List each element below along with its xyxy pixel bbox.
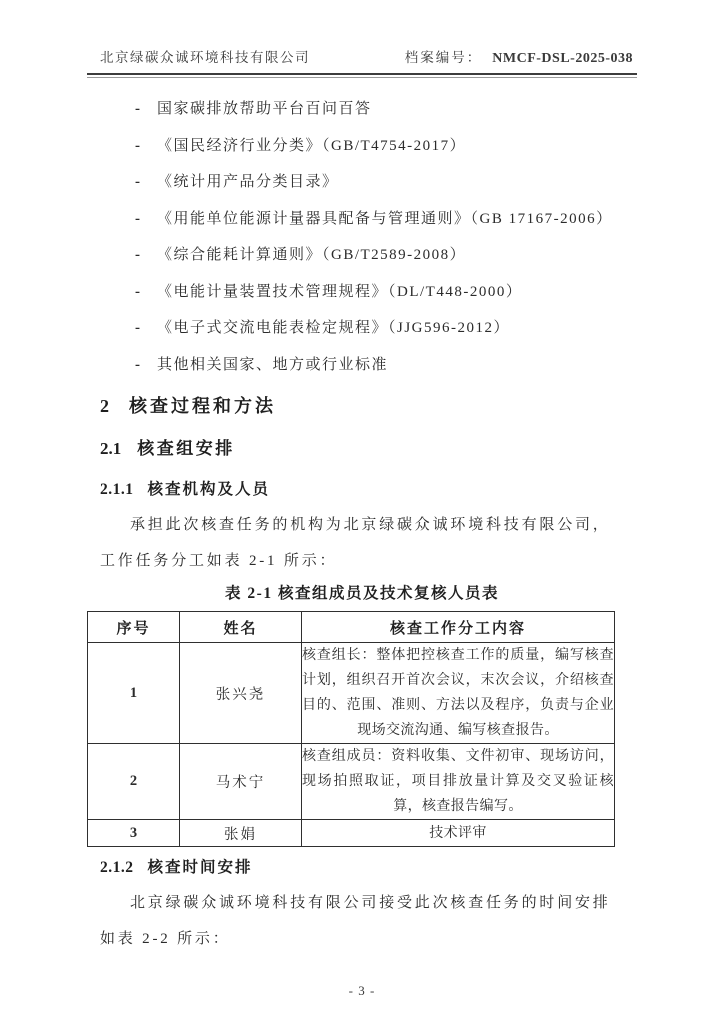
section-heading-2-1: 2.1核查组安排 [100, 437, 637, 461]
list-bullet: - [135, 91, 157, 128]
schedule-paragraph: 北京绿碳众诚环境科技有限公司接受此次核查任务的时间安排 如表 2-2 所示： [100, 885, 637, 957]
verification-team-table: 序号 姓名 核查工作分工内容 1 张兴尧 核查组长：整体把控核查工作的质量，编写… [87, 611, 615, 847]
list-item: -《综合能耗计算通则》（GB/T2589-2008） [135, 237, 637, 274]
column-header-name: 姓名 [180, 612, 302, 643]
page-header: 北京绿碳众诚环境科技有限公司 档案编号：NMCF-DSL-2025-038 [87, 46, 637, 67]
list-item-text: 《电能计量装置技术管理规程》（DL/T448-2000） [157, 284, 522, 300]
list-item-text: 《用能单位能源计量器具配备与管理通则》（GB 17167-2006） [157, 211, 613, 227]
list-bullet: - [135, 164, 157, 201]
section-number: 2.1 [100, 439, 121, 458]
section-title: 核查机构及人员 [148, 481, 271, 498]
cell-no: 1 [88, 643, 180, 744]
list-bullet: - [135, 201, 157, 238]
section-number: 2.1.2 [100, 859, 134, 876]
section-number: 2.1.1 [100, 481, 134, 498]
paragraph-line: 北京绿碳众诚环境科技有限公司接受此次核查任务的时间安排 [100, 885, 637, 921]
header-file-number: 档案编号：NMCF-DSL-2025-038 [405, 46, 633, 67]
list-item-text: 《电子式交流电能表检定规程》（JJG596-2012） [157, 320, 510, 336]
list-bullet: - [135, 274, 157, 311]
paragraph-line: 如表 2-2 所示： [100, 921, 637, 957]
table-header-row: 序号 姓名 核查工作分工内容 [88, 612, 615, 643]
list-item-text: 《国民经济行业分类》（GB/T4754-2017） [157, 138, 466, 154]
list-item: -其他相关国家、地方或行业标准 [135, 347, 637, 384]
paragraph-line: 工作任务分工如表 2-1 所示： [100, 543, 637, 579]
cell-name: 马术宁 [180, 744, 302, 820]
section-title: 核查组安排 [137, 439, 235, 458]
cell-duty: 核查组成员：资料收集、文件初审、现场访问，现场拍照取证，项目排放量计算及交叉验证… [302, 744, 615, 820]
file-number-label: 档案编号： [405, 50, 483, 65]
cell-duty: 核查组长：整体把控核查工作的质量，编写核查计划，组织召开首次会议，末次会议，介绍… [302, 643, 615, 744]
section-heading-2: 2核查过程和方法 [100, 393, 637, 419]
section-heading-2-1-2: 2.1.2核查时间安排 [100, 857, 637, 879]
header-divider [87, 73, 637, 78]
list-item: -国家碳排放帮助平台百问百答 [135, 91, 637, 128]
table-row: 1 张兴尧 核查组长：整体把控核查工作的质量，编写核查计划，组织召开首次会议，末… [88, 643, 615, 744]
list-item: -《电子式交流电能表检定规程》（JJG596-2012） [135, 310, 637, 347]
list-item: -《国民经济行业分类》（GB/T4754-2017） [135, 128, 637, 165]
list-item-text: 其他相关国家、地方或行业标准 [157, 357, 388, 373]
cell-duty: 技术评审 [302, 820, 615, 847]
column-header-duty: 核查工作分工内容 [302, 612, 615, 643]
section-heading-2-1-1: 2.1.1核查机构及人员 [100, 479, 637, 501]
paragraph-line: 承担此次核查任务的机构为北京绿碳众诚环境科技有限公司， [100, 507, 637, 543]
cell-no: 2 [88, 744, 180, 820]
list-item-text: 《统计用产品分类目录》 [157, 174, 339, 190]
file-number-value: NMCF-DSL-2025-038 [492, 51, 633, 66]
cell-name: 张兴尧 [180, 643, 302, 744]
list-item: -《电能计量装置技术管理规程》（DL/T448-2000） [135, 274, 637, 311]
header-company-name: 北京绿碳众诚环境科技有限公司 [100, 46, 310, 66]
cell-no: 3 [88, 820, 180, 847]
page-number: - 3 - [87, 983, 637, 999]
list-bullet: - [135, 347, 157, 384]
reference-list: -国家碳排放帮助平台百问百答 -《国民经济行业分类》（GB/T4754-2017… [135, 91, 637, 383]
list-item-text: 《综合能耗计算通则》（GB/T2589-2008） [157, 247, 466, 263]
list-bullet: - [135, 310, 157, 347]
table-row: 2 马术宁 核查组成员：资料收集、文件初审、现场访问，现场拍照取证，项目排放量计… [88, 744, 615, 820]
table-caption: 表 2-1 核查组成员及技术复核人员表 [87, 583, 637, 605]
list-item-text: 国家碳排放帮助平台百问百答 [157, 101, 372, 117]
cell-name: 张娟 [180, 820, 302, 847]
column-header-no: 序号 [88, 612, 180, 643]
list-bullet: - [135, 237, 157, 274]
list-item: -《用能单位能源计量器具配备与管理通则》（GB 17167-2006） [135, 201, 637, 238]
section-title: 核查时间安排 [148, 859, 253, 876]
list-item: -《统计用产品分类目录》 [135, 164, 637, 201]
section-title: 核查过程和方法 [129, 396, 276, 416]
document-page: 北京绿碳众诚环境科技有限公司 档案编号：NMCF-DSL-2025-038 -国… [0, 0, 723, 1024]
team-intro-paragraph: 承担此次核查任务的机构为北京绿碳众诚环境科技有限公司， 工作任务分工如表 2-1… [100, 507, 637, 579]
section-number: 2 [100, 396, 109, 416]
table-row: 3 张娟 技术评审 [88, 820, 615, 847]
list-bullet: - [135, 128, 157, 165]
